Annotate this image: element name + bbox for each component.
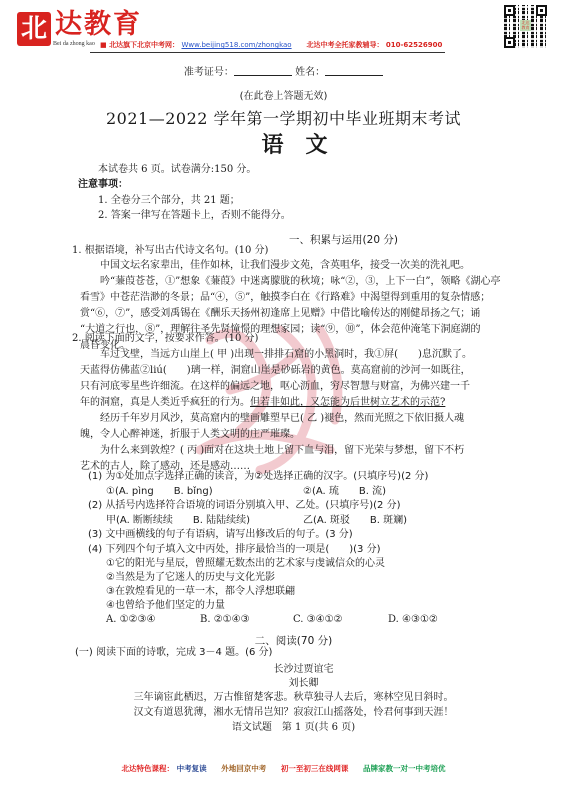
- passage-line: 只有河底零星些许细流。在这样的偏远之地，呕心沥血，穷尽智慧与财富，为佛兴建一千: [80, 380, 470, 394]
- option: 甲(A. 断断续续 B. 陆陆续续): [106, 514, 250, 528]
- sub-question: (3) 文中画横线的句子有语病，请写出修改后的句子。(3 分): [88, 528, 353, 542]
- poem-line: 汉文有道恩犹薄，湘水无情吊岂知？寂寂江山摇落处，怜君何事到天涯！: [0, 703, 567, 718]
- qr-center-logo: 北达教育: [520, 20, 531, 31]
- option: ②(A. 琉 B. 流): [303, 485, 386, 499]
- qr-corner-icon: [504, 5, 515, 16]
- no-answer-notice: (在此卷上答题无效): [0, 87, 567, 102]
- name-label: 姓名：: [295, 67, 325, 78]
- option: ①(A. pìng B. bǐng): [106, 485, 213, 499]
- choice-d: D. ④③①②: [388, 613, 438, 627]
- sentence-option: ③在敦煌看见的一草一木，都令人浮想联翩: [106, 585, 295, 599]
- passage-line: 吟“蒹葭苍苍，①”想象《蒹葭》中迷离朦胧的秋境；咏“②，③，上下一白”，领略《湖…: [100, 275, 500, 289]
- sentence-option: ②当然是为了它迷人的历史与文化光影: [106, 571, 275, 585]
- ad-course-tutor[interactable]: 品牌家教一对一中考培优: [363, 764, 446, 773]
- ad-footer-label: 北达特色课程：: [122, 764, 175, 773]
- logo-text: 达教育: [55, 10, 142, 40]
- subject-title: 语文: [0, 128, 567, 159]
- passage-line: 看雪》中苍茫浩渺的冬景；品“④，⑤”，触摸李白在《行路难》中渴望得到重用的复杂情…: [80, 291, 490, 305]
- poem-title: 长沙过贾谊宅: [0, 660, 567, 675]
- sub-question: (1) 为①处加点字选择正确的读音，为②处选择正确的汉字。(只填序号)(2 分): [88, 470, 428, 484]
- passage-line: 车过戈壁，当远方山崖上( 甲 )出现一排排石窟的小黑洞时，我①屏( )息沉默了。: [100, 348, 472, 362]
- passage-line: 魄，令人心醉神迷，折服于人类文明的庄严璀璨。: [80, 428, 300, 442]
- ad-course-review[interactable]: 中考复读: [177, 764, 207, 773]
- underlined-sentence: 但若非如此，又怎能为后世树立艺术的示范?: [250, 397, 445, 408]
- sub-question: (2) 从括号内选择符合语境的词语分别填入甲、乙处。(只填序号)(2 分): [88, 499, 401, 513]
- page-number: 语文试题 第 1 页(共 6 页): [0, 718, 567, 733]
- qr-corner-icon: [504, 37, 515, 48]
- tutor-label: 北达中考全托家教辅导：: [306, 41, 383, 49]
- sentence-option: ④也曾给予他们坚定的力量: [106, 599, 225, 613]
- tutor-phone: 010-62526900: [386, 41, 442, 49]
- part-stem: (一) 阅读下面的诗歌，完成 3－4 题。(6 分): [75, 646, 272, 660]
- candidate-info: 准考证号： 姓名：: [0, 63, 567, 78]
- choice-a: A. ①②③④: [106, 613, 155, 627]
- poem-author: 刘长卿: [0, 674, 567, 689]
- passage-line: 中国文坛名家辈出，佳作如林，让我们漫步文苑，含英咀华，接受一次美的洗礼吧。: [100, 259, 470, 273]
- choice-c: C. ③④①②: [293, 613, 343, 627]
- pages-info: 本试卷共 6 页。试卷满分:150 分。: [98, 163, 256, 177]
- note-item: 1. 全卷分三个部分，共 21 题；: [98, 194, 240, 208]
- passage-line: 经历千年岁月风沙，莫高窟内的壁画雕塑早已( 乙 )褪色，然而光照之下依旧摄人魂: [100, 412, 464, 426]
- exam-title: 2021—2022 学年第一学期初中毕业班期末考试: [0, 106, 567, 129]
- exam-id-field[interactable]: [234, 65, 292, 76]
- choice-b: B. ②①④③: [200, 613, 250, 627]
- exam-id-label: 准考证号：: [184, 67, 234, 78]
- passage-line: 年的洞窟，真是人类近乎疯狂的行为。但若非如此，又怎能为后世树立艺术的示范?: [80, 396, 445, 410]
- sentence-option: ①它的阳光与星辰，曾照耀无数杰出的艺术家与虔诚信众的心灵: [106, 557, 385, 571]
- ad-course-online[interactable]: 初一至初三在线网课: [281, 764, 349, 773]
- question-stem: 1. 根据语境，补写出古代诗文名句。(10 分): [72, 244, 268, 258]
- option: 乙(A. 斑驳 B. 斑斓): [303, 514, 407, 528]
- passage-line: 为什么来到敦煌？( 丙 )面对在这块土地上留下血与泪，留下光荣与梦想，留下不朽: [100, 444, 464, 458]
- qr-corner-icon: [536, 5, 547, 16]
- passage-text: 年的洞窟，真是人类近乎疯狂的行为。: [80, 397, 250, 408]
- passage-line: 赏“⑥，⑦”，感受刘禹锡在《酬乐天扬州初逢席上见赠》中借比喻传达的刚健昂扬之气；…: [80, 307, 480, 321]
- name-field[interactable]: [325, 65, 383, 76]
- bullet-icon: ■: [100, 41, 109, 49]
- poem-line: 三年谪宦此栖迟，万古惟留楚客悲。秋草独寻人去后，寒林空见日斜时。: [0, 688, 567, 703]
- ad-footer: 北达特色课程： 中考复读 外地回京中考 初一至初三在线网课 品牌家教一对一中考培…: [0, 763, 567, 774]
- sub-question: (4) 下列四个句子填入文中丙处，排序最恰当的一项是( )(3 分): [88, 543, 381, 557]
- site-label: 北达旗下北京中考网：: [109, 41, 179, 49]
- notes-heading: 注意事项：: [78, 178, 128, 192]
- note-item: 2. 答案一律写在答题卡上，否则不能得分。: [98, 209, 291, 223]
- site-link[interactable]: Www.beijing518.com/zhongkao: [182, 41, 292, 49]
- passage-line: 天蓝得仿佛蓝②liú( )璃一样，洞窟山崖是砂砾岩的黄色。莫高窟前的沙河一如既往…: [80, 364, 471, 378]
- logo-pinyin: Bei da zhong kao: [53, 41, 95, 47]
- header-info-line: ■ 北达旗下北京中考网： Www.beijing518.com/zhongkao…: [100, 40, 442, 50]
- ad-course-return[interactable]: 外地回京中考: [221, 764, 266, 773]
- logo-mark: 北: [17, 12, 51, 46]
- question-stem: 2. 阅读下面的文字，按要求作答。(10 分): [72, 332, 258, 346]
- header-divider: [90, 52, 445, 53]
